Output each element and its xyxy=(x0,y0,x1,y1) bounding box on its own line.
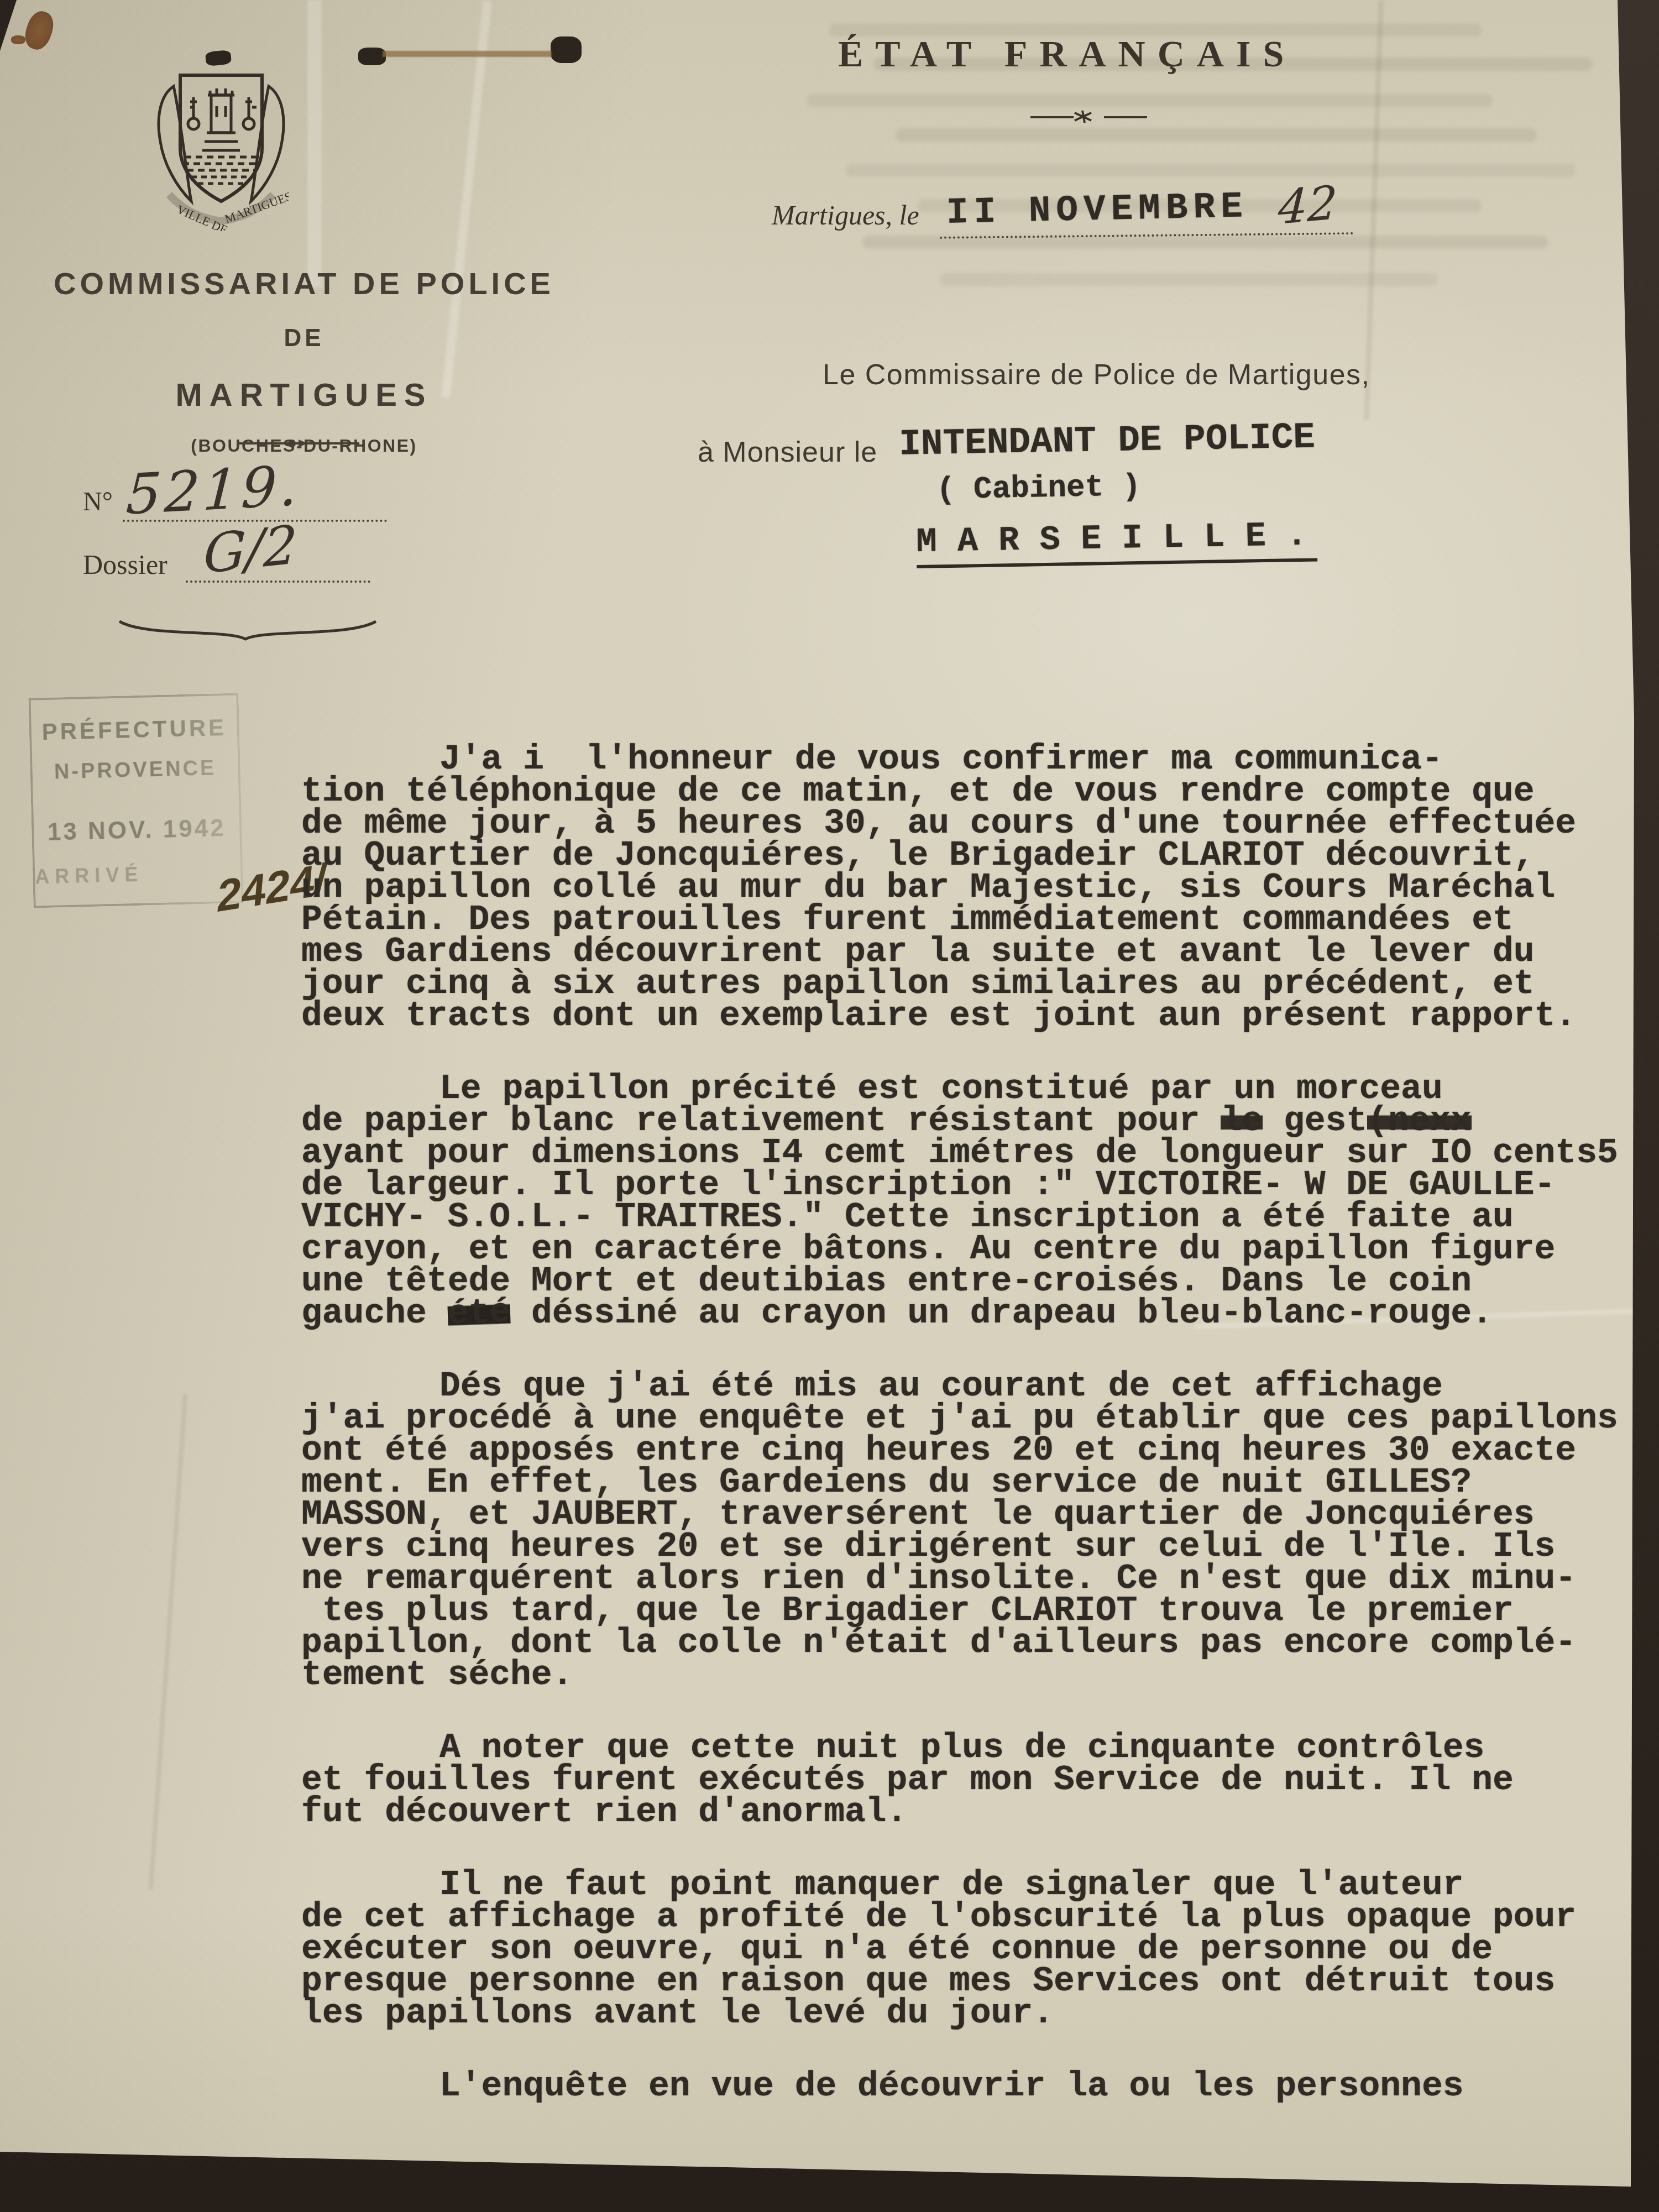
dotted-rule xyxy=(186,581,370,583)
typed-text: déssiné au crayon un drapeau bleu-blanc-… xyxy=(510,1294,1493,1333)
dateline-place: Martigues, le xyxy=(772,199,919,231)
struck-out-text: été xyxy=(447,1296,511,1331)
letterhead-city: MARTIGUES xyxy=(30,376,578,414)
state-title: ÉTAT FRANÇAIS xyxy=(838,32,1296,76)
rust-stain xyxy=(383,51,552,57)
paragraph-5: Il ne faut point manquer de signaler que… xyxy=(301,1869,1656,2030)
typed-line: tement séche. xyxy=(301,1659,1656,1691)
typed-line: les papillons avant le levé du jour. xyxy=(301,1997,1656,2030)
typed-line: MASSON, et JAUBERT, traversérent le quar… xyxy=(301,1499,1656,1531)
typed-line: exécuter son oeuvre, qui n'a été connue … xyxy=(301,1933,1656,1965)
recipient-typed-block: INTENDANT DE POLICE ( Cabinet ) M A R S … xyxy=(899,416,1317,568)
typed-line: J'a i l'honneur de vous confirmer ma com… xyxy=(301,744,1656,776)
typed-line: ayant pour dimensions I4 cemt imétres de… xyxy=(301,1137,1656,1169)
typed-line: de papier blanc relativement résistant p… xyxy=(301,1105,1656,1137)
typed-line: Le papillon précité est constitué par un… xyxy=(301,1073,1656,1105)
stamp-line2: N-PROVENCE xyxy=(32,756,238,785)
dossier-label: Dossier xyxy=(83,548,168,581)
typed-line: au Quartier de Joncquiéres, le Brigadeir… xyxy=(301,840,1656,872)
typed-line: Dés que j'ai été mis au courant de cet a… xyxy=(301,1371,1656,1403)
rust-stain xyxy=(11,35,25,44)
typed-text: les papillons avant le levé du jour. xyxy=(301,1994,1054,2033)
typed-line: de cet affichage a profité de l'obscurit… xyxy=(301,1901,1656,1933)
typed-line: L'enquête en vue de découvrir la ou les … xyxy=(301,2070,1656,2103)
typed-line: de même jour, à 5 heures 30, au cours d'… xyxy=(301,808,1656,840)
typed-text: fut découvert rien d'anormal. xyxy=(301,1792,907,1832)
scanned-letter-photo: ÉTAT FRANÇAIS xyxy=(0,0,1659,2212)
paragraph-6: L'enquête en vue de découvrir la ou les … xyxy=(301,2070,1656,2103)
typed-line: papillon, dont la colle n'était d'ailleu… xyxy=(301,1627,1656,1659)
stamp-line4: ARRIVÉ xyxy=(35,860,241,888)
typed-text: tement séche. xyxy=(301,1655,573,1695)
typed-line: fut découvert rien d'anormal. xyxy=(301,1796,1656,1828)
typed-line: tion téléphonique de ce matin, et de vou… xyxy=(301,776,1656,808)
letterhead-office: COMMISSARIAT DE POLICE xyxy=(30,265,578,301)
letter-body: J'a i l'honneur de vous confirmer ma com… xyxy=(301,744,1656,2143)
letterhead-de: DE xyxy=(30,325,578,352)
paragraph-1: J'a i l'honneur de vous confirmer ma com… xyxy=(301,744,1656,1032)
martigues-crest: VILLE DE MARTIGUES xyxy=(154,62,289,231)
stamp-date: 13 NOV. 1942 xyxy=(34,814,240,846)
sender-line: Le Commissaire de Police de Martigues, xyxy=(823,358,1370,391)
prefecture-arrival-stamp: PRÉFECTURE N-PROVENCE 13 NOV. 1942 ARRIV… xyxy=(28,693,243,908)
typed-line: crayon, et en caractére bâtons. Au centr… xyxy=(301,1233,1656,1266)
letterhead-block: COMMISSARIAT DE POLICE DE MARTIGUES (BOU… xyxy=(30,265,578,456)
recipient-cabinet: ( Cabinet ) xyxy=(936,466,1316,508)
typed-line: ment. En effet, les Gardeiens du service… xyxy=(301,1467,1656,1499)
typed-line: gauche été déssiné au crayon un drapeau … xyxy=(301,1298,1656,1330)
typed-date: II NOVEMBRE xyxy=(946,186,1248,233)
recipient-title: INTENDANT DE POLICE xyxy=(899,416,1316,465)
typed-line: et fouilles furent exécutés par mon Serv… xyxy=(301,1764,1656,1796)
paper-sheet: ÉTAT FRANÇAIS xyxy=(0,0,1659,2212)
typed-line: deux tracts dont un exemplaire est joint… xyxy=(301,1000,1656,1032)
flourish-icon xyxy=(1029,109,1148,124)
typed-line: de largeur. Il porte l'inscription :" VI… xyxy=(301,1169,1656,1201)
typed-line: un papillon collé au mur du bar Majestic… xyxy=(301,872,1656,904)
dossier-handwritten: G/2 xyxy=(202,514,298,586)
typed-line: Pétain. Des patrouilles furent immédiate… xyxy=(301,904,1656,936)
rust-stain xyxy=(21,8,57,53)
typed-line: presque personne en raison que mes Servi… xyxy=(301,1965,1656,1997)
paragraph-2: Le papillon précité est constitué par un… xyxy=(301,1073,1656,1330)
typed-line: A noter que cette nuit plus de cinquante… xyxy=(301,1732,1656,1764)
struck-out-text: le xyxy=(1221,1101,1263,1141)
typed-line: tes plus tard, que le Brigadier CLARIOT … xyxy=(301,1595,1656,1627)
typed-text: deux tracts dont un exemplaire est joint… xyxy=(301,996,1576,1036)
typed-line: VICHY- S.O.L.- TRAITRES." Cette inscript… xyxy=(301,1201,1656,1233)
paper-crease xyxy=(307,0,322,287)
paper-crease xyxy=(149,1394,188,1890)
recipient-city: M A R S E I L L E . xyxy=(916,515,1317,568)
typed-line: ne remarquérent alors rien d'insolite. C… xyxy=(301,1563,1656,1595)
typed-line: Il ne faut point manquer de signaler que… xyxy=(301,1869,1656,1901)
brace-flourish-icon xyxy=(117,617,378,642)
typed-line: jour cinq à six autres papillon similair… xyxy=(301,968,1656,1000)
typed-text: gauche xyxy=(301,1294,448,1333)
stamp-line1: PRÉFECTURE xyxy=(31,714,237,746)
typed-line: vers cinq heures 20 et se dirigérent sur… xyxy=(301,1531,1656,1563)
year-handwritten: 42 xyxy=(1277,175,1339,235)
number-label: N° xyxy=(83,487,113,517)
typed-line: mes Gardiens découvrirent par la suite e… xyxy=(301,936,1656,968)
typed-line: j'ai procédé à une enquête et j'ai pu ét… xyxy=(301,1403,1656,1435)
flourish-icon xyxy=(237,437,360,450)
struck-out-text: (nexx xyxy=(1367,1101,1472,1141)
paragraph-4: A noter que cette nuit plus de cinquante… xyxy=(301,1732,1656,1828)
crest-banner-left: VILLE DE xyxy=(175,202,230,231)
recipient-printed: à Monsieur le xyxy=(698,436,877,469)
staple-hole xyxy=(358,48,386,65)
staple-hole xyxy=(551,36,582,63)
typed-line: ont été apposés entre cinq heures 20 et … xyxy=(301,1435,1656,1467)
paragraph-3: Dés que j'ai été mis au courant de cet a… xyxy=(301,1371,1656,1691)
typed-text: L'enquête en vue de découvrir la ou les … xyxy=(439,2067,1464,2106)
